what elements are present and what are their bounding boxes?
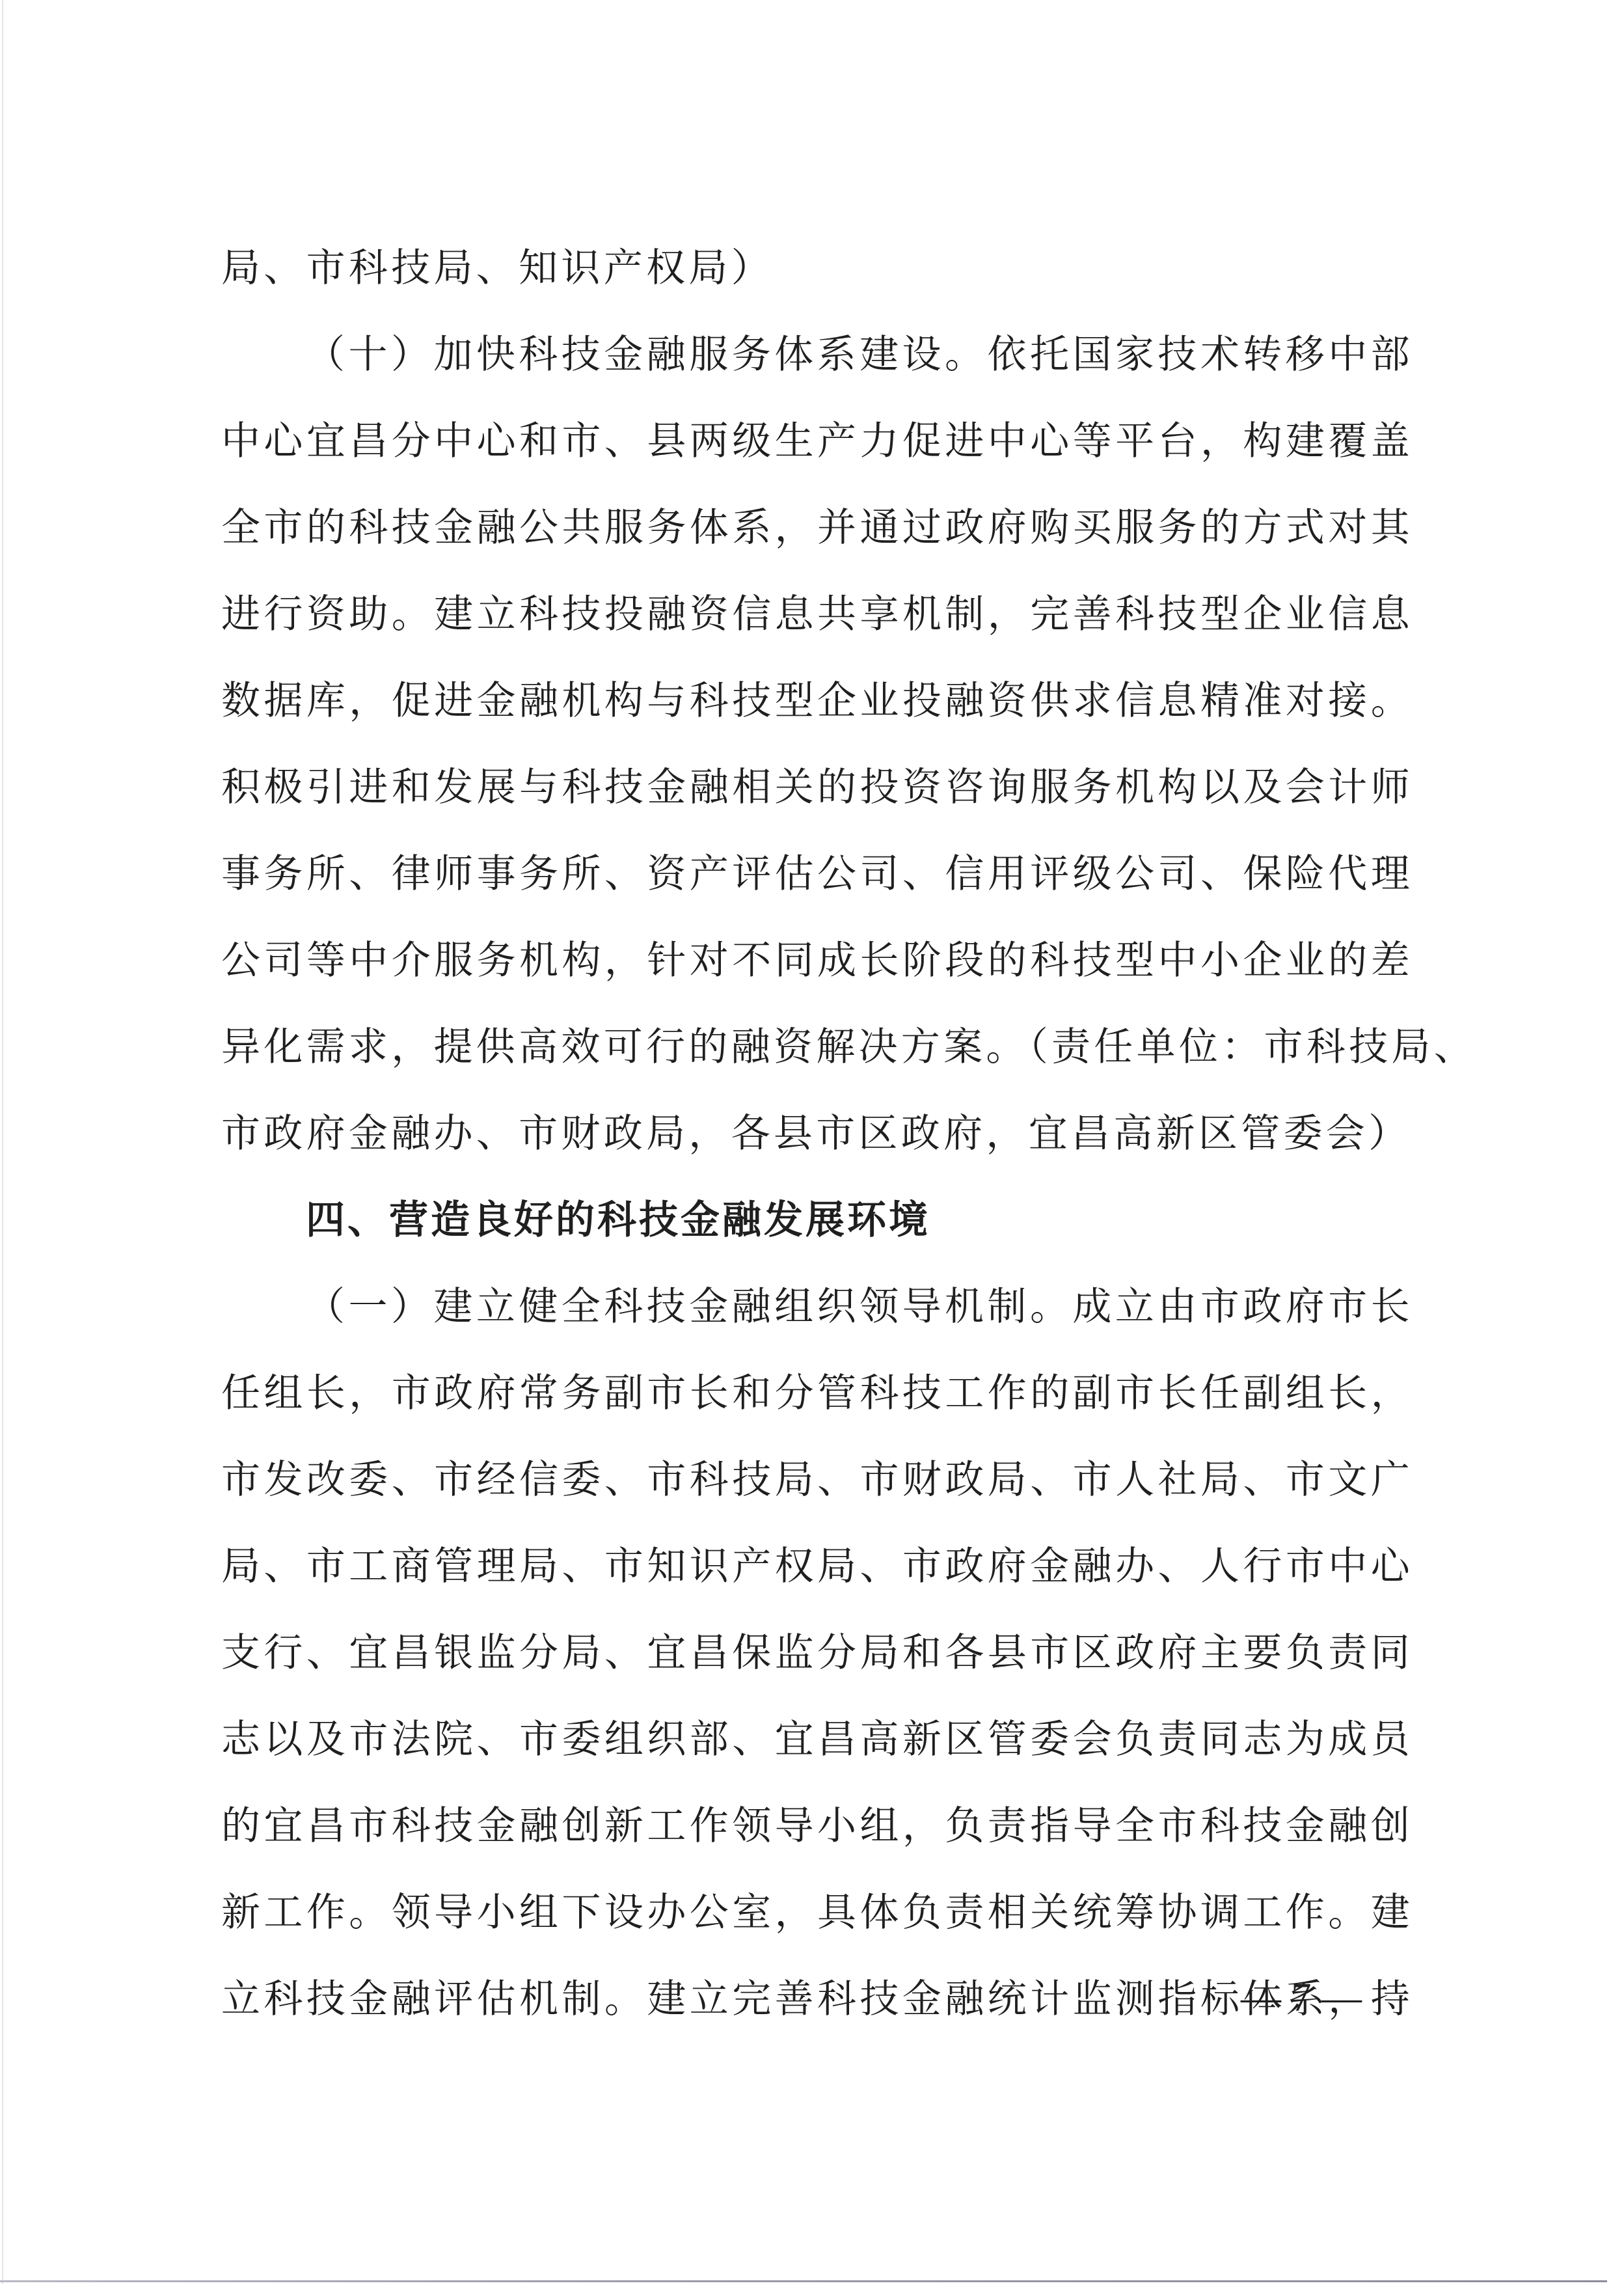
text-line: 进行资助。建立科技投融资信息共享机制，完善科技型企业信息 xyxy=(221,587,1413,674)
section-heading: 四、营造良好的科技金融发展环境 xyxy=(221,1193,1413,1279)
text-line: （一）建立健全科技金融组织领导机制。成立由市政府市长 xyxy=(221,1279,1413,1366)
text-line: 中心宜昌分中心和市、县两级生产力促进中心等平台，构建覆盖 xyxy=(221,414,1413,500)
text-line: 全市的科技金融公共服务体系，并通过政府购买服务的方式对其 xyxy=(221,500,1413,587)
text-line: 志以及市法院、市委组织部、宜昌高新区管委会负责同志为成员 xyxy=(221,1712,1413,1799)
text-line: 任组长，市政府常务副市长和分管科技工作的副市长任副组长， xyxy=(221,1366,1413,1453)
text-line: 局、市工商管理局、市知识产权局、市政府金融办、人行市中心 xyxy=(221,1539,1413,1626)
text-line: 数据库，促进金融机构与科技型企业投融资供求信息精准对接。 xyxy=(221,674,1413,760)
text-line: 异化需求，提供高效可行的融资解决方案。（责任单位：市科技局、 xyxy=(221,1020,1413,1106)
page-edge-bottom xyxy=(0,2280,1607,2282)
text-line: 市发改委、市经信委、市科技局、市财政局、市人社局、市文广 xyxy=(221,1453,1413,1539)
text-line: （十）加快科技金融服务体系建设。依托国家技术转移中部 xyxy=(221,327,1413,414)
text-line: 新工作。领导小组下设办公室，具体负责相关统筹协调工作。建 xyxy=(221,1885,1413,1972)
text-line: 公司等中介服务机构，针对不同成长阶段的科技型中小企业的差 xyxy=(221,933,1413,1020)
document-body: 局、市科技局、知识产权局） （十）加快科技金融服务体系建设。依托国家技术转移中部… xyxy=(221,241,1413,2058)
page-number: — 7 — xyxy=(1223,1975,1379,2021)
text-line: 事务所、律师事务所、资产评估公司、信用评级公司、保险代理 xyxy=(221,847,1413,933)
text-line: 积极引进和发展与科技金融相关的投资咨询服务机构以及会计师 xyxy=(221,760,1413,847)
text-line: 局、市科技局、知识产权局） xyxy=(221,241,1413,327)
text-line: 的宜昌市科技金融创新工作领导小组，负责指导全市科技金融创 xyxy=(221,1799,1413,1885)
text-line: 市政府金融办、市财政局，各县市区政府，宜昌高新区管委会） xyxy=(221,1106,1413,1193)
page-edge-left xyxy=(2,0,3,2284)
text-line: 支行、宜昌银监分局、宜昌保监分局和各县市区政府主要负责同 xyxy=(221,1626,1413,1712)
